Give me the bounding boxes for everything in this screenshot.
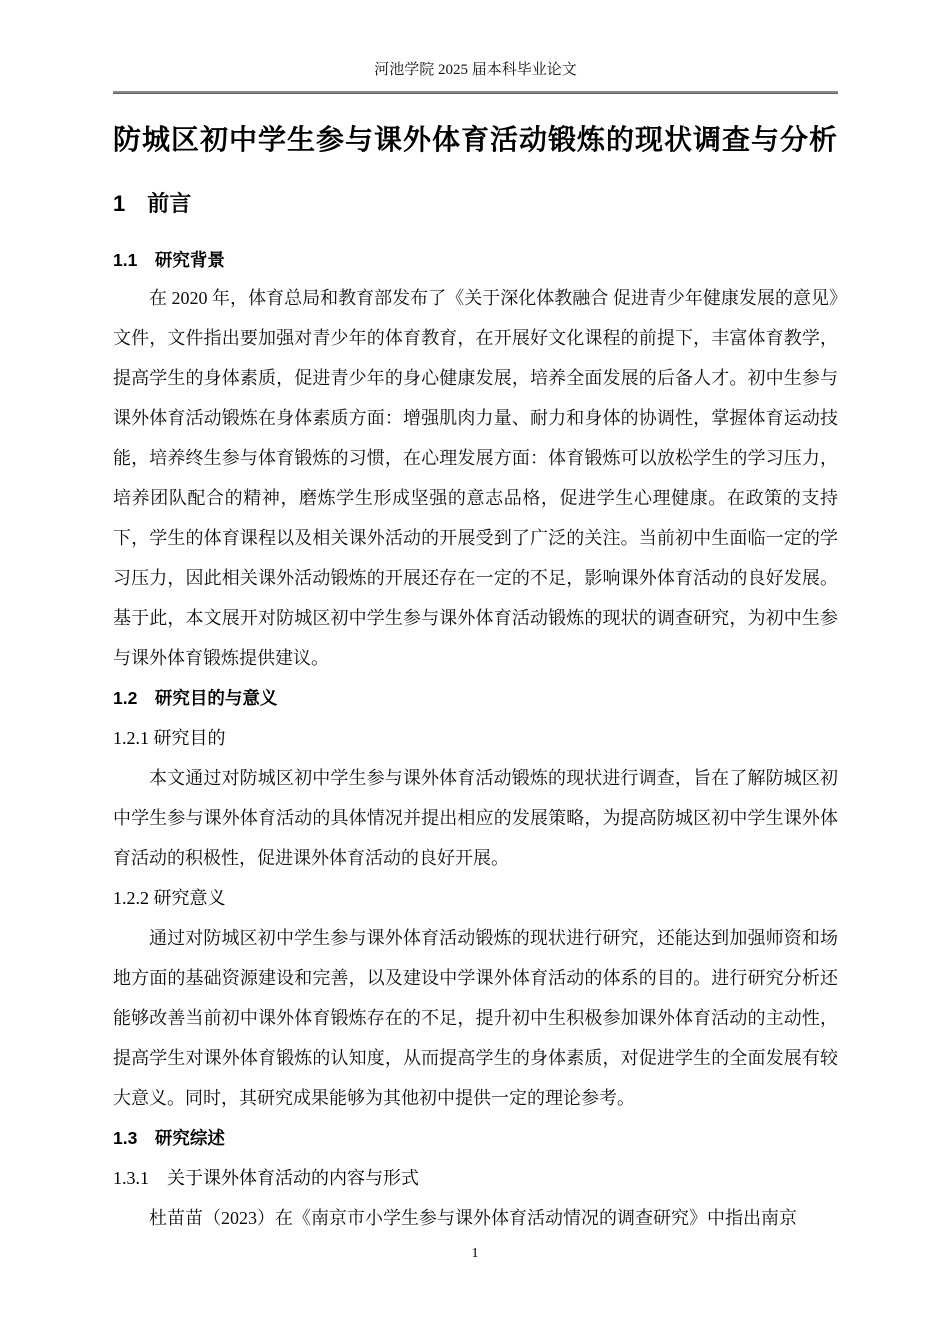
header-divider	[113, 91, 838, 94]
heading-section-1-2-purpose-significance: 1.2 研究目的与意义	[113, 678, 838, 718]
paragraph-literature-review-first-line: 杜苗苗（2023）在《南京市小学生参与课外体育活动情况的调查研究》中指出南京	[113, 1198, 838, 1238]
page-content: 河池学院 2025 届本科毕业论文 防城区初中学生参与课外体育活动锻炼的现状调查…	[0, 0, 950, 1238]
heading-sub-1-2-1-purpose: 1.2.1 研究目的	[113, 718, 838, 758]
heading-sub-1-3-1-content-and-form: 1.3.1 关于课外体育活动的内容与形式	[113, 1158, 838, 1198]
paragraph-research-significance: 通过对防城区初中学生参与课外体育活动锻炼的现状进行研究，还能达到加强师资和场地方…	[113, 918, 838, 1118]
page-number: 1	[0, 1246, 950, 1262]
heading-sub-1-2-2-significance: 1.2.2 研究意义	[113, 878, 838, 918]
paragraph-research-background: 在 2020 年，体育总局和教育部发布了《关于深化体教融合 促进青少年健康发展的…	[113, 278, 838, 678]
heading-chapter-1-qianyan: 1 前言	[113, 190, 838, 218]
document-title: 防城区初中学生参与课外体育活动锻炼的现状调查与分析	[113, 121, 838, 159]
heading-section-1-3-literature-review: 1.3 研究综述	[113, 1118, 838, 1158]
running-head: 河池学院 2025 届本科毕业论文	[113, 60, 838, 80]
thesis-page: 河池学院 2025 届本科毕业论文 防城区初中学生参与课外体育活动锻炼的现状调查…	[0, 0, 950, 1344]
paragraph-research-purpose: 本文通过对防城区初中学生参与课外体育活动锻炼的现状进行调查，旨在了解防城区初中学…	[113, 758, 838, 878]
heading-section-1-1-background: 1.1 研究背景	[113, 248, 838, 272]
